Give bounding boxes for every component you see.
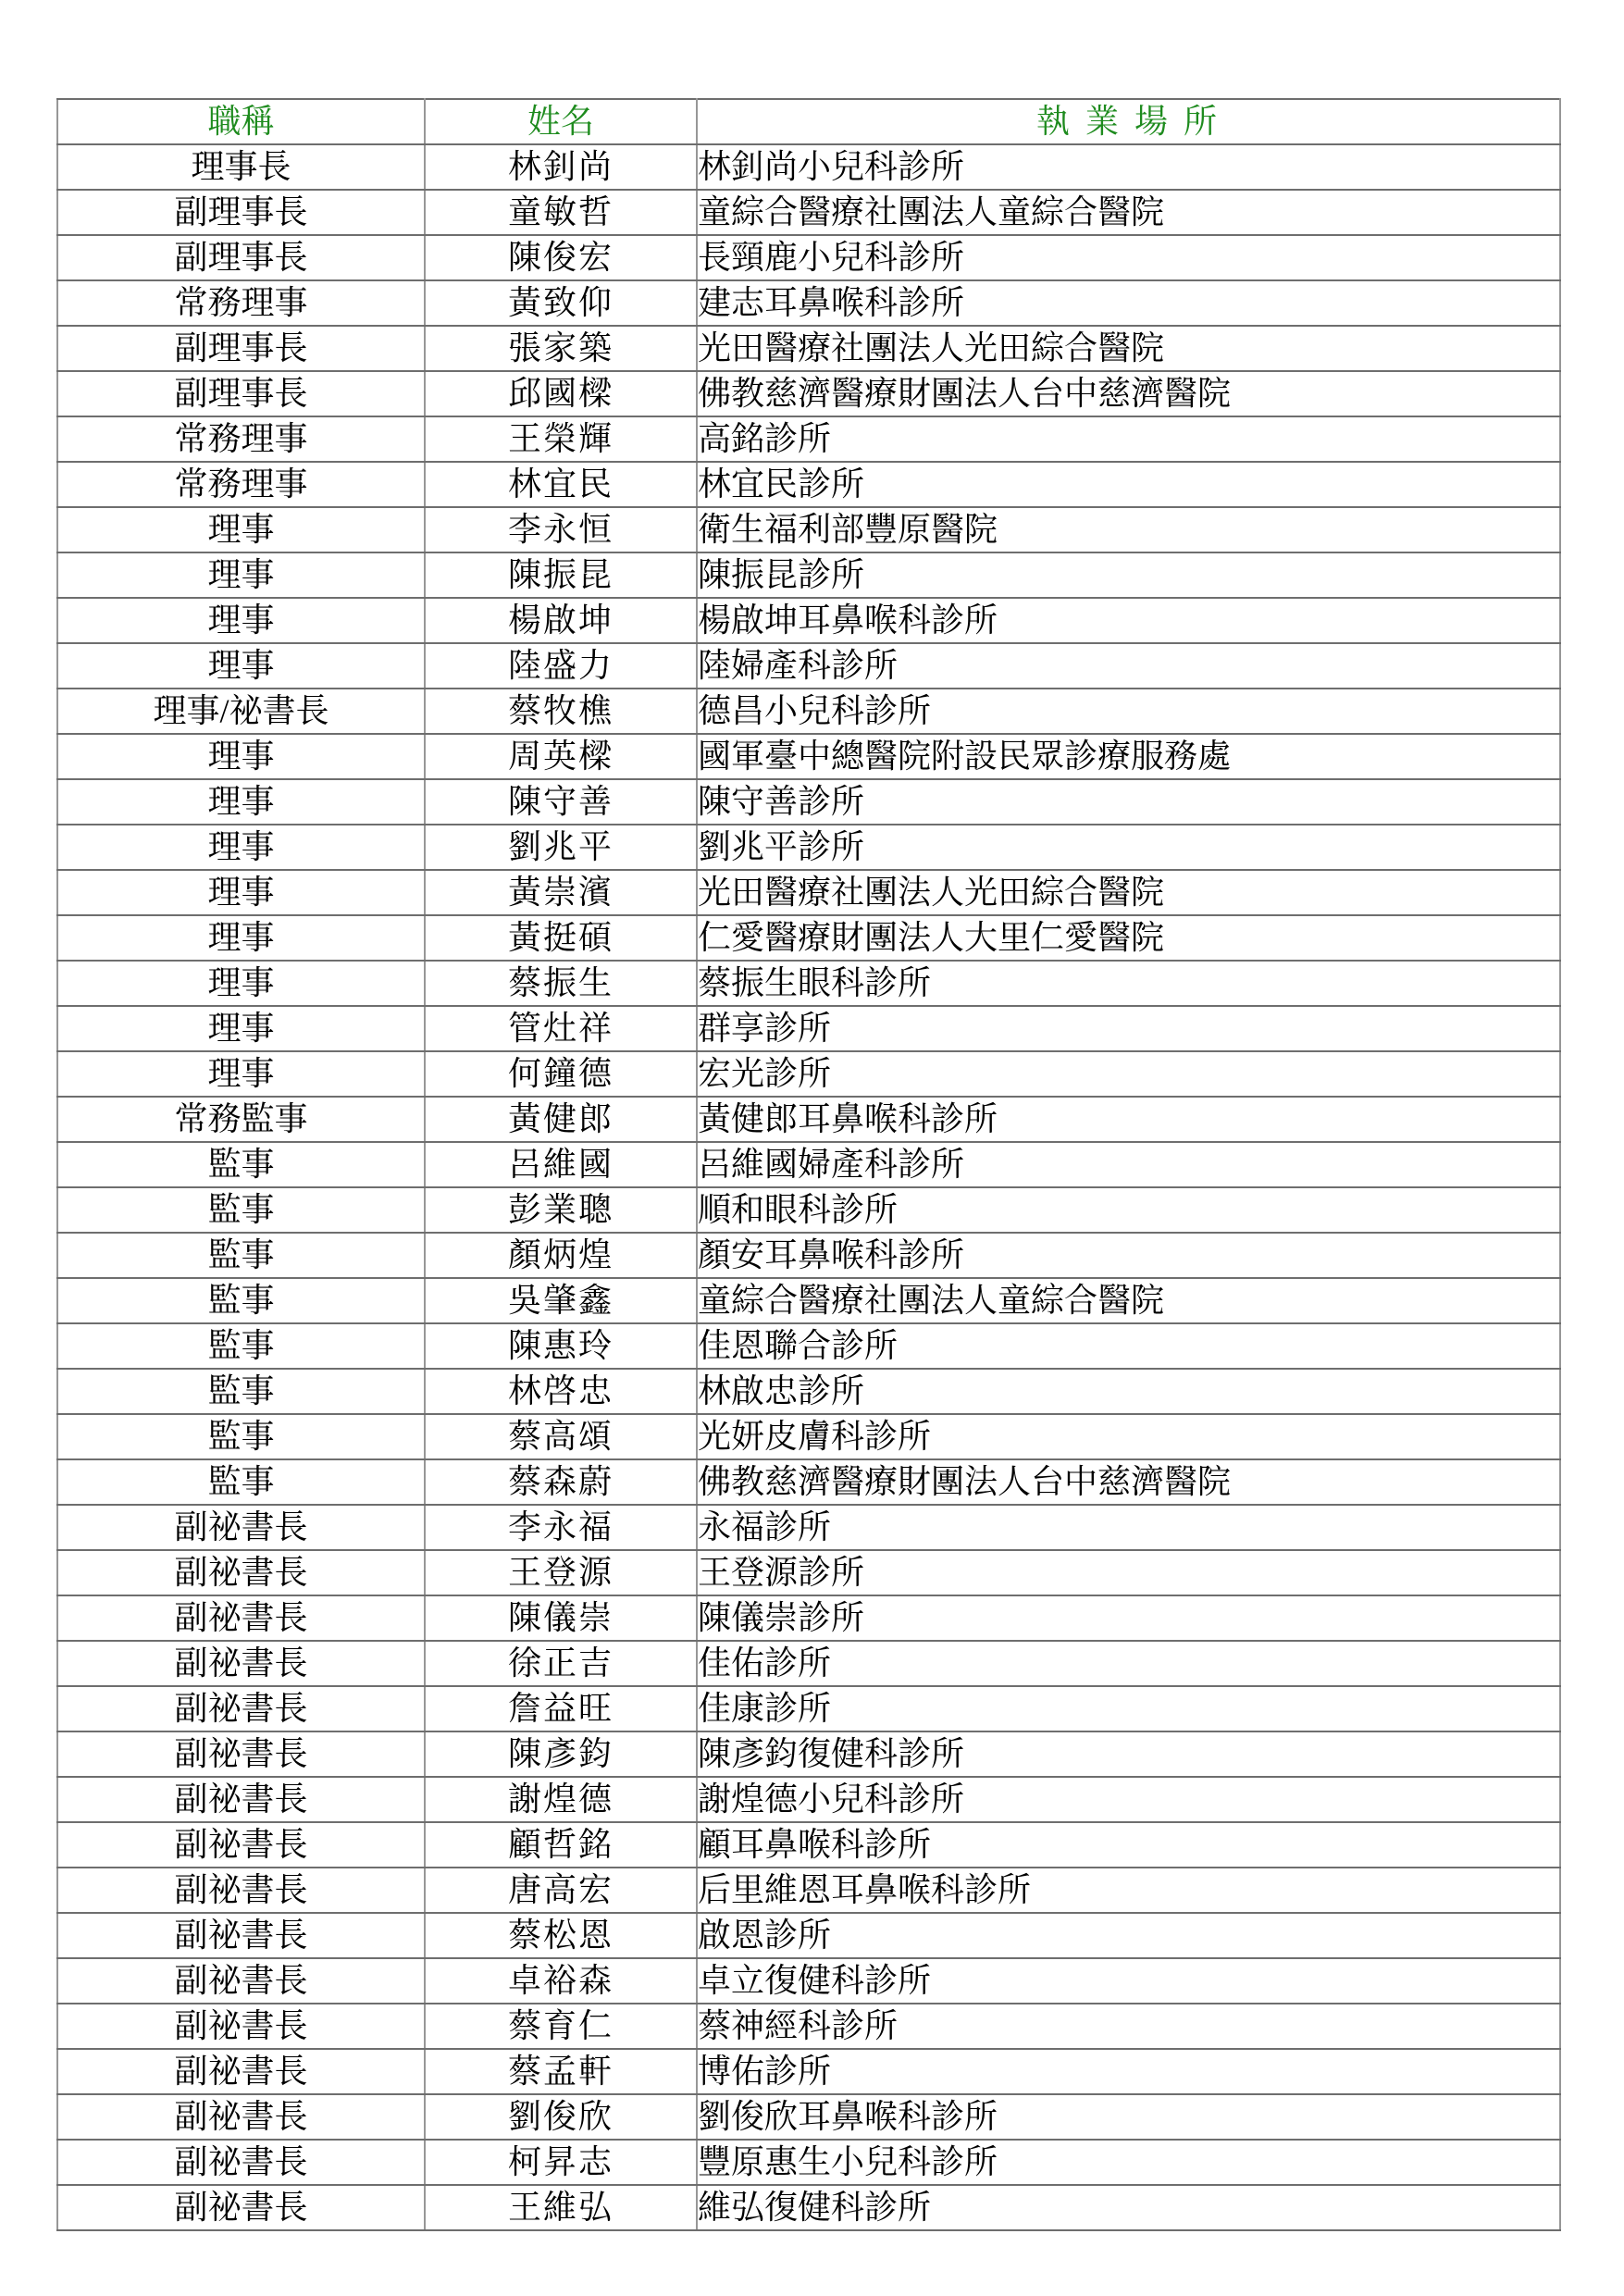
- table-row: 理事長 林釗尚 林釗尚小兒科診所: [57, 144, 1560, 190]
- table-row: 副祕書長 李永福 永福診所: [57, 1505, 1560, 1550]
- cell-practice-location: 童綜合醫療社團法人童綜合醫院: [697, 190, 1560, 235]
- table-row: 副祕書長 陳彥鈞 陳彥鈞復健科診所: [57, 1731, 1560, 1777]
- table-row: 理事 周英樑 國軍臺中總醫院附設民眾診療服務處: [57, 734, 1560, 779]
- cell-practice-location: 林啟忠診所: [697, 1369, 1560, 1414]
- cell-practice-location: 顏安耳鼻喉科診所: [697, 1233, 1560, 1278]
- cell-position: 副祕書長: [57, 1686, 425, 1731]
- board-members-table: 職稱 姓名 執 業 場 所 理事長 林釗尚 林釗尚小兒科診所 副理事長 童敏哲 …: [56, 98, 1561, 2231]
- table-row: 副祕書長 王登源 王登源診所: [57, 1550, 1560, 1595]
- cell-position: 副祕書長: [57, 1868, 425, 1913]
- cell-name: 劉兆平: [425, 825, 697, 870]
- cell-practice-location: 后里維恩耳鼻喉科診所: [697, 1868, 1560, 1913]
- cell-position: 常務理事: [57, 280, 425, 326]
- header-practice-location: 執 業 場 所: [697, 99, 1560, 144]
- cell-practice-location: 陳振昆診所: [697, 552, 1560, 598]
- cell-practice-location: 順和眼科診所: [697, 1187, 1560, 1233]
- table-row: 常務監事 黃健郎 黃健郎耳鼻喉科診所: [57, 1097, 1560, 1142]
- cell-practice-location: 宏光診所: [697, 1051, 1560, 1097]
- cell-name: 彭業聰: [425, 1187, 697, 1233]
- cell-position: 副祕書長: [57, 1822, 425, 1868]
- table-row: 常務理事 黃致仰 建志耳鼻喉科診所: [57, 280, 1560, 326]
- cell-position: 監事: [57, 1414, 425, 1459]
- cell-practice-location: 林宜民診所: [697, 462, 1560, 507]
- table-row: 副祕書長 蔡育仁 蔡神經科診所: [57, 2004, 1560, 2049]
- cell-position: 常務理事: [57, 416, 425, 462]
- cell-position: 副祕書長: [57, 1958, 425, 2004]
- cell-practice-location: 光田醫療社團法人光田綜合醫院: [697, 326, 1560, 371]
- cell-practice-location: 蔡神經科診所: [697, 2004, 1560, 2049]
- cell-practice-location: 長頸鹿小兒科診所: [697, 235, 1560, 280]
- cell-practice-location: 童綜合醫療社團法人童綜合醫院: [697, 1278, 1560, 1323]
- table-row: 監事 蔡高頌 光妍皮膚科診所: [57, 1414, 1560, 1459]
- cell-name: 徐正吉: [425, 1641, 697, 1686]
- cell-position: 理事: [57, 552, 425, 598]
- table-row: 副祕書長 唐高宏 后里維恩耳鼻喉科診所: [57, 1868, 1560, 1913]
- cell-name: 王維弘: [425, 2185, 697, 2230]
- cell-practice-location: 陳儀崇診所: [697, 1595, 1560, 1641]
- cell-practice-location: 王登源診所: [697, 1550, 1560, 1595]
- table-row: 副祕書長 顧哲銘 顧耳鼻喉科診所: [57, 1822, 1560, 1868]
- cell-practice-location: 卓立復健科診所: [697, 1958, 1560, 2004]
- table-row: 監事 彭業聰 順和眼科診所: [57, 1187, 1560, 1233]
- cell-position: 理事: [57, 643, 425, 689]
- header-name: 姓名: [425, 99, 697, 144]
- cell-position: 副祕書長: [57, 1913, 425, 1958]
- cell-name: 童敏哲: [425, 190, 697, 235]
- cell-name: 林釗尚: [425, 144, 697, 190]
- cell-position: 副祕書長: [57, 2185, 425, 2230]
- table-body: 理事長 林釗尚 林釗尚小兒科診所 副理事長 童敏哲 童綜合醫療社團法人童綜合醫院…: [57, 144, 1560, 2230]
- cell-name: 黃致仰: [425, 280, 697, 326]
- cell-practice-location: 永福診所: [697, 1505, 1560, 1550]
- table-row: 監事 顏炳煌 顏安耳鼻喉科診所: [57, 1233, 1560, 1278]
- table-row: 監事 呂維國 呂維國婦產科診所: [57, 1142, 1560, 1187]
- table-row: 理事 劉兆平 劉兆平診所: [57, 825, 1560, 870]
- cell-name: 陳彥鈞: [425, 1731, 697, 1777]
- cell-position: 監事: [57, 1459, 425, 1505]
- table-row: 監事 蔡森蔚 佛教慈濟醫療財團法人台中慈濟醫院: [57, 1459, 1560, 1505]
- cell-position: 理事: [57, 1051, 425, 1097]
- cell-practice-location: 啟恩診所: [697, 1913, 1560, 1958]
- cell-practice-location: 陳彥鈞復健科診所: [697, 1731, 1560, 1777]
- cell-position: 理事: [57, 779, 425, 825]
- table-row: 副理事長 張家築 光田醫療社團法人光田綜合醫院: [57, 326, 1560, 371]
- cell-name: 黃崇濱: [425, 870, 697, 915]
- cell-practice-location: 謝煌德小兒科診所: [697, 1777, 1560, 1822]
- table-row: 副祕書長 謝煌德 謝煌德小兒科診所: [57, 1777, 1560, 1822]
- cell-practice-location: 國軍臺中總醫院附設民眾診療服務處: [697, 734, 1560, 779]
- cell-name: 陳儀崇: [425, 1595, 697, 1641]
- cell-name: 蔡森蔚: [425, 1459, 697, 1505]
- table-row: 常務理事 王榮輝 高銘診所: [57, 416, 1560, 462]
- table-row: 監事 吳肇鑫 童綜合醫療社團法人童綜合醫院: [57, 1278, 1560, 1323]
- cell-position: 常務監事: [57, 1097, 425, 1142]
- table-header: 職稱 姓名 執 業 場 所: [57, 99, 1560, 144]
- cell-position: 副祕書長: [57, 2049, 425, 2094]
- header-row: 職稱 姓名 執 業 場 所: [57, 99, 1560, 144]
- cell-position: 副祕書長: [57, 1595, 425, 1641]
- cell-name: 陳振昆: [425, 552, 697, 598]
- table-row: 理事/祕書長 蔡牧樵 德昌小兒科診所: [57, 689, 1560, 734]
- cell-name: 周英樑: [425, 734, 697, 779]
- cell-practice-location: 佳康診所: [697, 1686, 1560, 1731]
- cell-position: 常務理事: [57, 462, 425, 507]
- cell-position: 理事: [57, 598, 425, 643]
- table-row: 副祕書長 徐正吉 佳佑診所: [57, 1641, 1560, 1686]
- cell-position: 理事: [57, 961, 425, 1006]
- cell-name: 吳肇鑫: [425, 1278, 697, 1323]
- cell-position: 監事: [57, 1233, 425, 1278]
- cell-practice-location: 維弘復健科診所: [697, 2185, 1560, 2230]
- table-row: 副理事長 童敏哲 童綜合醫療社團法人童綜合醫院: [57, 190, 1560, 235]
- cell-position: 副祕書長: [57, 1777, 425, 1822]
- table-row: 理事 楊啟坤 楊啟坤耳鼻喉科診所: [57, 598, 1560, 643]
- cell-name: 陳惠玲: [425, 1323, 697, 1369]
- cell-position: 理事長: [57, 144, 425, 190]
- cell-name: 李永恒: [425, 507, 697, 552]
- cell-practice-location: 黃健郎耳鼻喉科診所: [697, 1097, 1560, 1142]
- cell-name: 林啓忠: [425, 1369, 697, 1414]
- table-row: 理事 黃崇濱 光田醫療社團法人光田綜合醫院: [57, 870, 1560, 915]
- table-row: 理事 管灶祥 群享診所: [57, 1006, 1560, 1051]
- cell-name: 陳守善: [425, 779, 697, 825]
- cell-practice-location: 蔡振生眼科診所: [697, 961, 1560, 1006]
- cell-practice-location: 劉俊欣耳鼻喉科診所: [697, 2094, 1560, 2140]
- cell-position: 監事: [57, 1142, 425, 1187]
- cell-name: 劉俊欣: [425, 2094, 697, 2140]
- table-row: 副理事長 邱國樑 佛教慈濟醫療財團法人台中慈濟醫院: [57, 371, 1560, 416]
- cell-practice-location: 呂維國婦產科診所: [697, 1142, 1560, 1187]
- table-row: 監事 陳惠玲 佳恩聯合診所: [57, 1323, 1560, 1369]
- table-row: 副祕書長 蔡孟軒 博佑診所: [57, 2049, 1560, 2094]
- header-position: 職稱: [57, 99, 425, 144]
- cell-name: 管灶祥: [425, 1006, 697, 1051]
- cell-position: 副理事長: [57, 235, 425, 280]
- table-row: 副理事長 陳俊宏 長頸鹿小兒科診所: [57, 235, 1560, 280]
- cell-practice-location: 群享診所: [697, 1006, 1560, 1051]
- table-row: 副祕書長 陳儀崇 陳儀崇診所: [57, 1595, 1560, 1641]
- cell-name: 蔡育仁: [425, 2004, 697, 2049]
- cell-practice-location: 顧耳鼻喉科診所: [697, 1822, 1560, 1868]
- cell-practice-location: 光妍皮膚科診所: [697, 1414, 1560, 1459]
- cell-practice-location: 德昌小兒科診所: [697, 689, 1560, 734]
- cell-name: 王登源: [425, 1550, 697, 1595]
- cell-name: 柯昇志: [425, 2140, 697, 2185]
- cell-position: 理事: [57, 734, 425, 779]
- cell-name: 邱國樑: [425, 371, 697, 416]
- table-row: 副祕書長 詹益旺 佳康診所: [57, 1686, 1560, 1731]
- table-row: 理事 蔡振生 蔡振生眼科診所: [57, 961, 1560, 1006]
- cell-name: 王榮輝: [425, 416, 697, 462]
- table-row: 理事 黃挺碩 仁愛醫療財團法人大里仁愛醫院: [57, 915, 1560, 961]
- cell-practice-location: 建志耳鼻喉科診所: [697, 280, 1560, 326]
- cell-position: 監事: [57, 1323, 425, 1369]
- cell-practice-location: 佛教慈濟醫療財團法人台中慈濟醫院: [697, 1459, 1560, 1505]
- cell-position: 副祕書長: [57, 1641, 425, 1686]
- cell-name: 謝煌德: [425, 1777, 697, 1822]
- table-row: 常務理事 林宜民 林宜民診所: [57, 462, 1560, 507]
- cell-name: 蔡牧樵: [425, 689, 697, 734]
- cell-practice-location: 劉兆平診所: [697, 825, 1560, 870]
- table-row: 副祕書長 卓裕森 卓立復健科診所: [57, 1958, 1560, 2004]
- table-row: 理事 何鐘德 宏光診所: [57, 1051, 1560, 1097]
- cell-practice-location: 佛教慈濟醫療財團法人台中慈濟醫院: [697, 371, 1560, 416]
- cell-position: 副理事長: [57, 190, 425, 235]
- cell-position: 理事: [57, 915, 425, 961]
- cell-name: 何鐘德: [425, 1051, 697, 1097]
- table-row: 理事 陸盛力 陸婦產科診所: [57, 643, 1560, 689]
- cell-name: 唐高宏: [425, 1868, 697, 1913]
- cell-position: 理事: [57, 1006, 425, 1051]
- cell-practice-location: 高銘診所: [697, 416, 1560, 462]
- table-row: 理事 李永恒 衛生福利部豐原醫院: [57, 507, 1560, 552]
- cell-name: 卓裕森: [425, 1958, 697, 2004]
- cell-practice-location: 陳守善診所: [697, 779, 1560, 825]
- cell-position: 監事: [57, 1187, 425, 1233]
- cell-name: 顏炳煌: [425, 1233, 697, 1278]
- cell-position: 理事: [57, 825, 425, 870]
- cell-position: 副祕書長: [57, 1550, 425, 1595]
- cell-name: 蔡高頌: [425, 1414, 697, 1459]
- cell-name: 蔡松恩: [425, 1913, 697, 1958]
- cell-position: 副祕書長: [57, 1505, 425, 1550]
- cell-name: 詹益旺: [425, 1686, 697, 1731]
- document-page: 職稱 姓名 執 業 場 所 理事長 林釗尚 林釗尚小兒科診所 副理事長 童敏哲 …: [0, 0, 1624, 2296]
- cell-name: 陳俊宏: [425, 235, 697, 280]
- cell-name: 林宜民: [425, 462, 697, 507]
- cell-name: 黃挺碩: [425, 915, 697, 961]
- cell-name: 呂維國: [425, 1142, 697, 1187]
- cell-name: 蔡孟軒: [425, 2049, 697, 2094]
- cell-practice-location: 衛生福利部豐原醫院: [697, 507, 1560, 552]
- cell-name: 李永福: [425, 1505, 697, 1550]
- cell-practice-location: 光田醫療社團法人光田綜合醫院: [697, 870, 1560, 915]
- cell-practice-location: 林釗尚小兒科診所: [697, 144, 1560, 190]
- table-row: 理事 陳振昆 陳振昆診所: [57, 552, 1560, 598]
- table-row: 理事 陳守善 陳守善診所: [57, 779, 1560, 825]
- cell-name: 蔡振生: [425, 961, 697, 1006]
- table-row: 監事 林啓忠 林啟忠診所: [57, 1369, 1560, 1414]
- table-row: 副祕書長 柯昇志 豐原惠生小兒科診所: [57, 2140, 1560, 2185]
- cell-position: 副理事長: [57, 371, 425, 416]
- cell-position: 理事: [57, 870, 425, 915]
- cell-position: 副祕書長: [57, 2094, 425, 2140]
- cell-practice-location: 博佑診所: [697, 2049, 1560, 2094]
- cell-name: 顧哲銘: [425, 1822, 697, 1868]
- cell-practice-location: 佳佑診所: [697, 1641, 1560, 1686]
- cell-practice-location: 豐原惠生小兒科診所: [697, 2140, 1560, 2185]
- cell-position: 理事: [57, 507, 425, 552]
- cell-practice-location: 佳恩聯合診所: [697, 1323, 1560, 1369]
- table-row: 副祕書長 蔡松恩 啟恩診所: [57, 1913, 1560, 1958]
- table-row: 副祕書長 劉俊欣 劉俊欣耳鼻喉科診所: [57, 2094, 1560, 2140]
- cell-name: 陸盛力: [425, 643, 697, 689]
- cell-position: 監事: [57, 1278, 425, 1323]
- cell-position: 副祕書長: [57, 2004, 425, 2049]
- table-row: 副祕書長 王維弘 維弘復健科診所: [57, 2185, 1560, 2230]
- cell-position: 副祕書長: [57, 1731, 425, 1777]
- cell-name: 楊啟坤: [425, 598, 697, 643]
- cell-name: 黃健郎: [425, 1097, 697, 1142]
- cell-practice-location: 楊啟坤耳鼻喉科診所: [697, 598, 1560, 643]
- cell-position: 理事/祕書長: [57, 689, 425, 734]
- cell-position: 副理事長: [57, 326, 425, 371]
- cell-position: 監事: [57, 1369, 425, 1414]
- cell-practice-location: 仁愛醫療財團法人大里仁愛醫院: [697, 915, 1560, 961]
- cell-practice-location: 陸婦產科診所: [697, 643, 1560, 689]
- cell-name: 張家築: [425, 326, 697, 371]
- cell-position: 副祕書長: [57, 2140, 425, 2185]
